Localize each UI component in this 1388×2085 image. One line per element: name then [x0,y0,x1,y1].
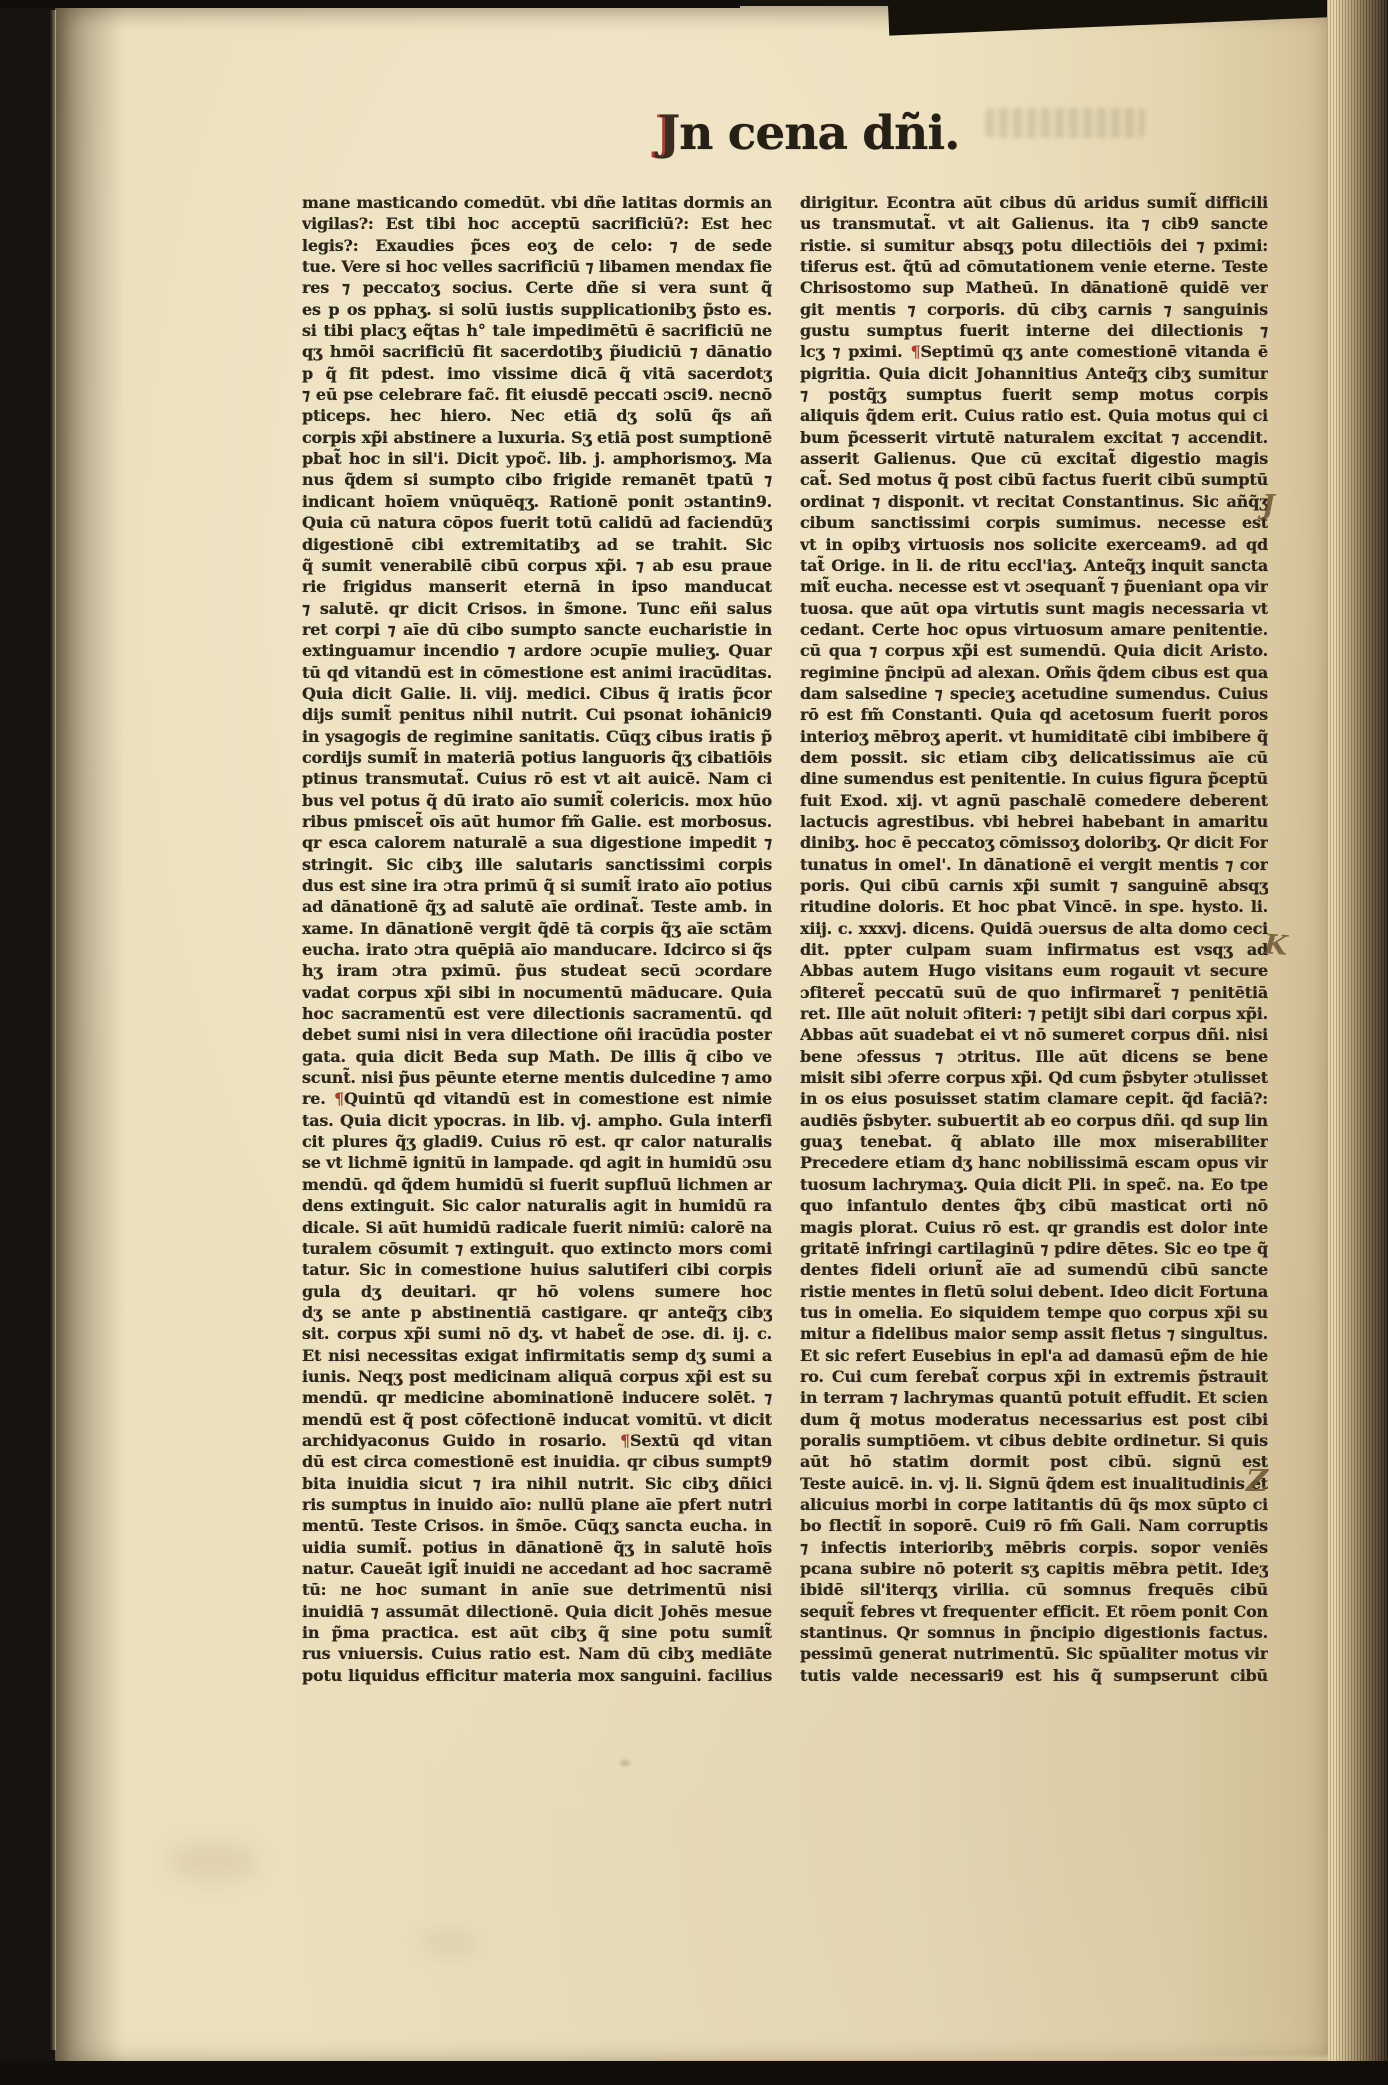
text-line: dam salsedine ⁊ specieʒ acetudine sumend… [800,683,1268,704]
text-line: ⁊ infectis interioribʒ mēbris corpis. so… [800,1537,1268,1558]
text-line: hʒ iram ɔtra pximū. p̃us studeat secū ɔc… [302,960,772,981]
text-line: dens extinguit. Sic calor naturalis agit… [302,1195,772,1216]
text-line: bum p̃cesserit virtutē naturalem excitat… [800,427,1268,448]
text-line: mendū. qd q̃dem humidū si fuerit supfluū… [302,1174,772,1195]
text-line: sit. corpus xp̃i sumi nō dʒ. vt habet̃ d… [302,1323,772,1344]
stain-spot [620,1760,630,1766]
text-line: Quia dicit Galie. li. viij. medici. Cibu… [302,683,772,704]
text-line: tū: ne hoc sumant in anīe sue detrimentū… [302,1579,772,1600]
text-line: ɔfiteret̃ peccatū suū de quo infirmaret̃… [800,982,1268,1003]
text-line: dus est sine ira ɔtra primū q̃ si sumit̃… [302,875,772,896]
page-left-edge [50,10,56,2050]
text-line: alicuius morbi in corpe latitantis dū q̃… [800,1494,1268,1515]
text-line: tas. Quia dicit ypocras. in lib. vj. amp… [302,1110,772,1131]
text-line: sequit̃ febres vt frequenter efficit. Et… [800,1601,1268,1622]
text-line: fuit Exod. xij. vt agnū paschalē comeder… [800,790,1268,811]
ink-show-through-mark [985,108,1145,138]
text-line: debet sumi nisi in vera dilectione oñi i… [302,1024,772,1045]
text-line: bene ɔfessus ⁊ ɔtritus. Ille aūt dicens … [800,1046,1268,1067]
text-line: vt in opibʒ virtuosis nos solicite exerc… [800,534,1268,555]
text-line: mentū. Teste Crisos. in s̃mōe. Cūqʒ sanc… [302,1515,772,1536]
text-line: Precedere etiam dʒ hanc nobilissimā esca… [800,1152,1268,1173]
text-line: ⁊ postq̃ʒ sumptus fuerit semp motus corp… [800,384,1268,405]
text-line: cit plures q̃ʒ gladi9. Cuius rō est. qr … [302,1131,772,1152]
text-line: turalem cōsumit ⁊ extinguit. quo extinct… [302,1238,772,1259]
text-line: ristie. si sumitur absqʒ potu dilectiōis… [800,235,1268,256]
text-line: dit. ppter culpam suam infirmatus est vs… [800,939,1268,960]
text-line: inuidiā ⁊ assumāt dilectionē. Quia dicit… [302,1601,772,1622]
text-line: p q̃ fit pdest. imo vissime dicā q̃ vitā… [302,363,772,384]
text-line: tue. Vere si hoc velles sacrificiū ⁊ lib… [302,256,772,277]
text-line: audiēs p̃sbyter. subuertit ab eo corpus … [800,1110,1268,1131]
right-text-column: dirigitur. Econtra aūt cibus dū aridus s… [800,192,1268,1686]
text-line: rus vniuersis. Cuius ratio est. Nam dū c… [302,1643,772,1664]
text-line: regimine p̃ncipū ad alexan. Om̃is q̃dem … [800,662,1268,683]
text-line: vigilas?: Est tibi hoc acceptū sacrifici… [302,213,772,234]
text-line: cordijs sumit̃ in materiā potius languor… [302,747,772,768]
text-line: poris. Qui cibū carnis xp̃i sumit ⁊ sang… [800,875,1268,896]
margin-annotation: Z [1246,1464,1268,1499]
stain-spot [420,1930,480,1956]
text-line: Et sic refert Eusebius in epl'a ad damas… [800,1345,1268,1366]
text-line: gata. quia dicit Beda sup Math. De illis… [302,1046,772,1067]
text-line: tiferus est. q̃tū ad cōmutationem venie … [800,256,1268,277]
text-line: qr esca calorem naturalē a sua digestion… [302,832,772,853]
text-line: si tibi placʒ eq̃tas h° tale impedimētū … [302,320,772,341]
text-line: dentes fideli oriunt̃ aīe ad sumendū cib… [800,1259,1268,1280]
text-line: nus q̃dem si sumpto cibo frigide remanēt… [302,469,772,490]
top-dark-band [0,0,740,8]
text-line: mitur a fidelibus maior semp assit fletu… [800,1323,1268,1344]
text-line: ptinus transmutat̃. Cuius rō est vt ait … [302,768,772,789]
text-line: lactucis agrestibus. vbi hebrei habebant… [800,811,1268,832]
text-line: extinguamur incendio ⁊ ardore ɔcupīe mul… [302,640,772,661]
text-line: gustu sumptus fuerit interne dei dilecti… [800,320,1268,341]
text-line: dum q̃ motus moderatus necessarius est p… [800,1409,1268,1430]
text-line: Teste auicē. in. vj. li. Signū q̃dem est… [800,1473,1268,1494]
text-line: dʒ se ante p abstinentiā castigare. qr a… [302,1302,772,1323]
gutter-shadow [55,0,125,2085]
text-line: git mentis ⁊ corporis. dū cibʒ carnis ⁊ … [800,299,1268,320]
text-line: gula dʒ deuitari. qr hō volens sumere ho… [302,1281,772,1302]
text-line: misit sibi ɔferre corpus xp̃i. Qd cum p̃… [800,1067,1268,1088]
text-line: Abbas aūt suadebat ei vt nō sumeret corp… [800,1024,1268,1045]
text-line: iunis. Neqʒ post medicinam aliquā corpus… [302,1366,772,1387]
text-line: xame. In dānationē vergit q̃dē tā corpis… [302,918,772,939]
text-line: hoc sacramentū est vere dilectionis sacr… [302,1003,772,1024]
text-line: in p̃ma practica. est aūt cibʒ q̃ sine p… [302,1622,772,1643]
text-line: aūt hō statim dormit post cibū. signū es… [800,1451,1268,1472]
text-line: in ysagogis de regimine sanitatis. Cūqʒ … [302,726,772,747]
text-line: mendū est q̃ post cōfectionē inducat vom… [302,1409,772,1430]
text-line: rō est fm̃ Constanti. Quia qd acetosum f… [800,704,1268,725]
text-line: digestionē cibi extremitatibʒ ad se trah… [302,534,772,555]
text-line: ritudine doloris. Et hoc pbat Vincē. in … [800,896,1268,917]
text-line: xiij. c. xxxvj. dicens. Quidā ɔuersus de… [800,918,1268,939]
text-line: dine sumendus est penitentie. In cuius f… [800,768,1268,789]
text-line: bita inuidia sicut ⁊ ira nihil nutrit. S… [302,1473,772,1494]
text-line: bus vel potus q̃ dū irato aīo sumit̃ col… [302,790,772,811]
text-line: Abbas autem Hugo visitans eum rogauit vt… [800,960,1268,981]
text-line: dū est circa comestionē est inuidia. qr … [302,1451,772,1472]
text-line: poralis sumptiōem. vt cibus debite ordin… [800,1430,1268,1451]
text-line: ibidē sil'iterqʒ virilia. cū somnus freq… [800,1579,1268,1600]
text-line: legis?: Exaudies p̃ces eoʒ de celo: ⁊ de… [302,235,772,256]
stain-spot [168,1842,258,1882]
text-line: corpis xp̃i abstinere a luxuria. Sʒ etiā… [302,427,772,448]
bottom-dark-band [0,2061,1388,2085]
text-line: stringit. Sic cibʒ ille salutaris sancti… [302,854,772,875]
text-line: res ⁊ peccatoʒ socius. Certe dñe si vera… [302,277,772,298]
margin-annotation: J [1262,490,1275,521]
text-line: in os eius posuisset statim clamare cepi… [800,1088,1268,1109]
text-line: pcana subire nō poterit sʒ capitis mēbra… [800,1558,1268,1579]
text-line: tus in omelia. Eo siquidem tempe quo cor… [800,1302,1268,1323]
running-title: Jn cena dñi. [658,106,960,170]
left-text-column: mane masticando comedūt. vbi dñe latitas… [302,192,772,1686]
text-line: dem possit. sic etiam cibʒ delicatissimu… [800,747,1268,768]
text-line: cedant. Certe hoc opus virtuosum amare p… [800,619,1268,640]
text-line: ret. Ille aūt noluit ɔfiteri: ⁊ petijt s… [800,1003,1268,1024]
text-line: natur. Caueāt igit̃ inuidi ne accedant a… [302,1558,772,1579]
text-line: ristie mentes in fletū solui debent. Ide… [800,1281,1268,1302]
text-line: tuosa. que aūt opa virtutis sunt magis n… [800,598,1268,619]
text-line: ⁊ eū pse celebrare fac̃. fit eiusdē pecc… [302,384,772,405]
text-line: ⁊ salutē. qr dicit Crisos. in s̃mone. Tu… [302,598,772,619]
text-line: tatur. Sic in comestione huius salutifer… [302,1259,772,1280]
text-line: uidia sumit̃. potius in dānationē q̃ʒ in… [302,1537,772,1558]
text-line: re. ¶Quintū qd vitandū est in comestione… [302,1088,772,1109]
text-line: quo infantulo dentes q̃bʒ cibū masticat … [800,1195,1268,1216]
text-line: ris sumptus in inuido aīo: nullū plane a… [302,1494,772,1515]
text-line: guaʒ tenebat. q̃ ablato ille mox miserab… [800,1131,1268,1152]
text-line: bo flectit̃ in soporē. Cui9 rō fm̃ Gali.… [800,1515,1268,1536]
text-line: tū qd vitandū est in cōmestione est anim… [302,662,772,683]
text-line: lcʒ ⁊ pximi. ¶Septimū qʒ ante comestionē… [800,341,1268,362]
text-line: tuosum lachrymaʒ. Quia dicit Pli. in spe… [800,1174,1268,1195]
text-line: magis plorat. Cuius rō est. qr grandis e… [800,1217,1268,1238]
text-line: cū qua ⁊ corpus xp̃i est sumendū. Quia d… [800,640,1268,661]
text-line: Et nisi necessitas exigat infirmitatis s… [302,1345,772,1366]
text-line: in terram ⁊ lachrymas quantū potuit effu… [800,1387,1268,1408]
text-line: q̃ sumit venerabilē cibū corpus xp̃i. ⁊ … [302,555,772,576]
text-line: ret corpi ⁊ aīe dū cibo sumpto sancte eu… [302,619,772,640]
margin-annotation: K [1263,929,1289,962]
text-line: ordinat ⁊ disponit. vt recitat Constanti… [800,491,1268,512]
text-line: se vt lichmē ignitū in lampade. qd agit … [302,1152,772,1173]
text-line: mendū. qr medicine abominationē inducere… [302,1387,772,1408]
text-line: indicant hoīem vnūquēqʒ. Rationē ponit ɔ… [302,491,772,512]
text-line: vadat corpus xp̃i sibi in nocumentū mādu… [302,982,772,1003]
text-line: pticeps. hec hiero. Nec etiā dʒ solū q̃s… [302,405,772,426]
text-line: Quia cū natura cōpos fuerit totū calidū … [302,512,772,533]
text-line: pigritia. Quia dicit Johannitius Anteq̃ʒ… [800,363,1268,384]
text-line: ad dānationē q̃ʒ ad salutē aīe ordinat̃.… [302,896,772,917]
text-line: rie frigidus manserit eternā in ipso man… [302,576,772,597]
text-line: Chrisostomo sup Matheū. In dānationē qui… [800,277,1268,298]
rubricated-initial: J [658,106,679,161]
running-title-text: n cena dñi. [679,106,959,161]
text-line: gritatē infringi cartilaginū ⁊ pdire dēt… [800,1238,1268,1259]
text-line: potu liquidus efficitur materia mox sang… [302,1665,772,1686]
text-line: qʒ hmōi sacrificiū fit sacerdotibʒ p̃iud… [302,341,772,362]
text-line: es p os pphaʒ. si solū iustis supplicati… [302,299,772,320]
text-line: pessimū generat nutrimentū. Sic spūalite… [800,1643,1268,1664]
book-scan: Jn cena dñi. mane masticando comedūt. vb… [0,0,1388,2085]
text-line: scunt̃. nisi p̃us pēunte eterne mentis d… [302,1067,772,1088]
text-line: aliquis q̃dem erit. Cuius ratio est. Qui… [800,405,1268,426]
text-line: dinibʒ. hoc ē peccatoʒ cōmissoʒ doloribʒ… [800,832,1268,853]
text-line: tunatus in omel'. In dānationē ei vergit… [800,854,1268,875]
text-line: pbat̃ hoc in sil'i. Dicit ypoc̃. lib. j.… [302,448,772,469]
text-line: mit̃ eucha. necesse est vt ɔsequant̃ ⁊ p… [800,576,1268,597]
text-line: interioʒ mēbroʒ aperit. vt humiditatē ci… [800,726,1268,747]
text-line: cibum sanctissimi corpis sumimus. necess… [800,512,1268,533]
text-line: archidyaconus Guido in rosario. ¶Sextū q… [302,1430,772,1451]
book-fore-edge [1327,0,1388,2085]
text-line: cat̃. Sed motus q̃ post cibū factus fuer… [800,469,1268,490]
text-line: ribus pmiscet̃ oīs aūt humor fm̃ Galie. … [302,811,772,832]
text-line: dirigitur. Econtra aūt cibus dū aridus s… [800,192,1268,213]
text-line: tat̃ Orige. in li. de ritu eccl'iaʒ. Ant… [800,555,1268,576]
text-line: stantinus. Qr somnus in p̃ncipio digesti… [800,1622,1268,1643]
text-line: dijs sumit̃ penitus nihil nutrit. Cui ps… [302,704,772,725]
text-line: ro. Cui cum ferebat̃ corpus xp̃i in extr… [800,1366,1268,1387]
text-line: us transmutat̃. vt ait Galienus. ita ⁊ c… [800,213,1268,234]
text-line: asserit Galienus. Que cū excitat̃ digest… [800,448,1268,469]
text-line: dicale. Si aūt humidū radicale fuerit ni… [302,1217,772,1238]
text-line: eucha. irato ɔtra quēpiā aīo manducare. … [302,939,772,960]
text-line: tutis valde necessari9 est his q̃ sumpse… [800,1665,1268,1686]
text-line: mane masticando comedūt. vbi dñe latitas… [302,192,772,213]
